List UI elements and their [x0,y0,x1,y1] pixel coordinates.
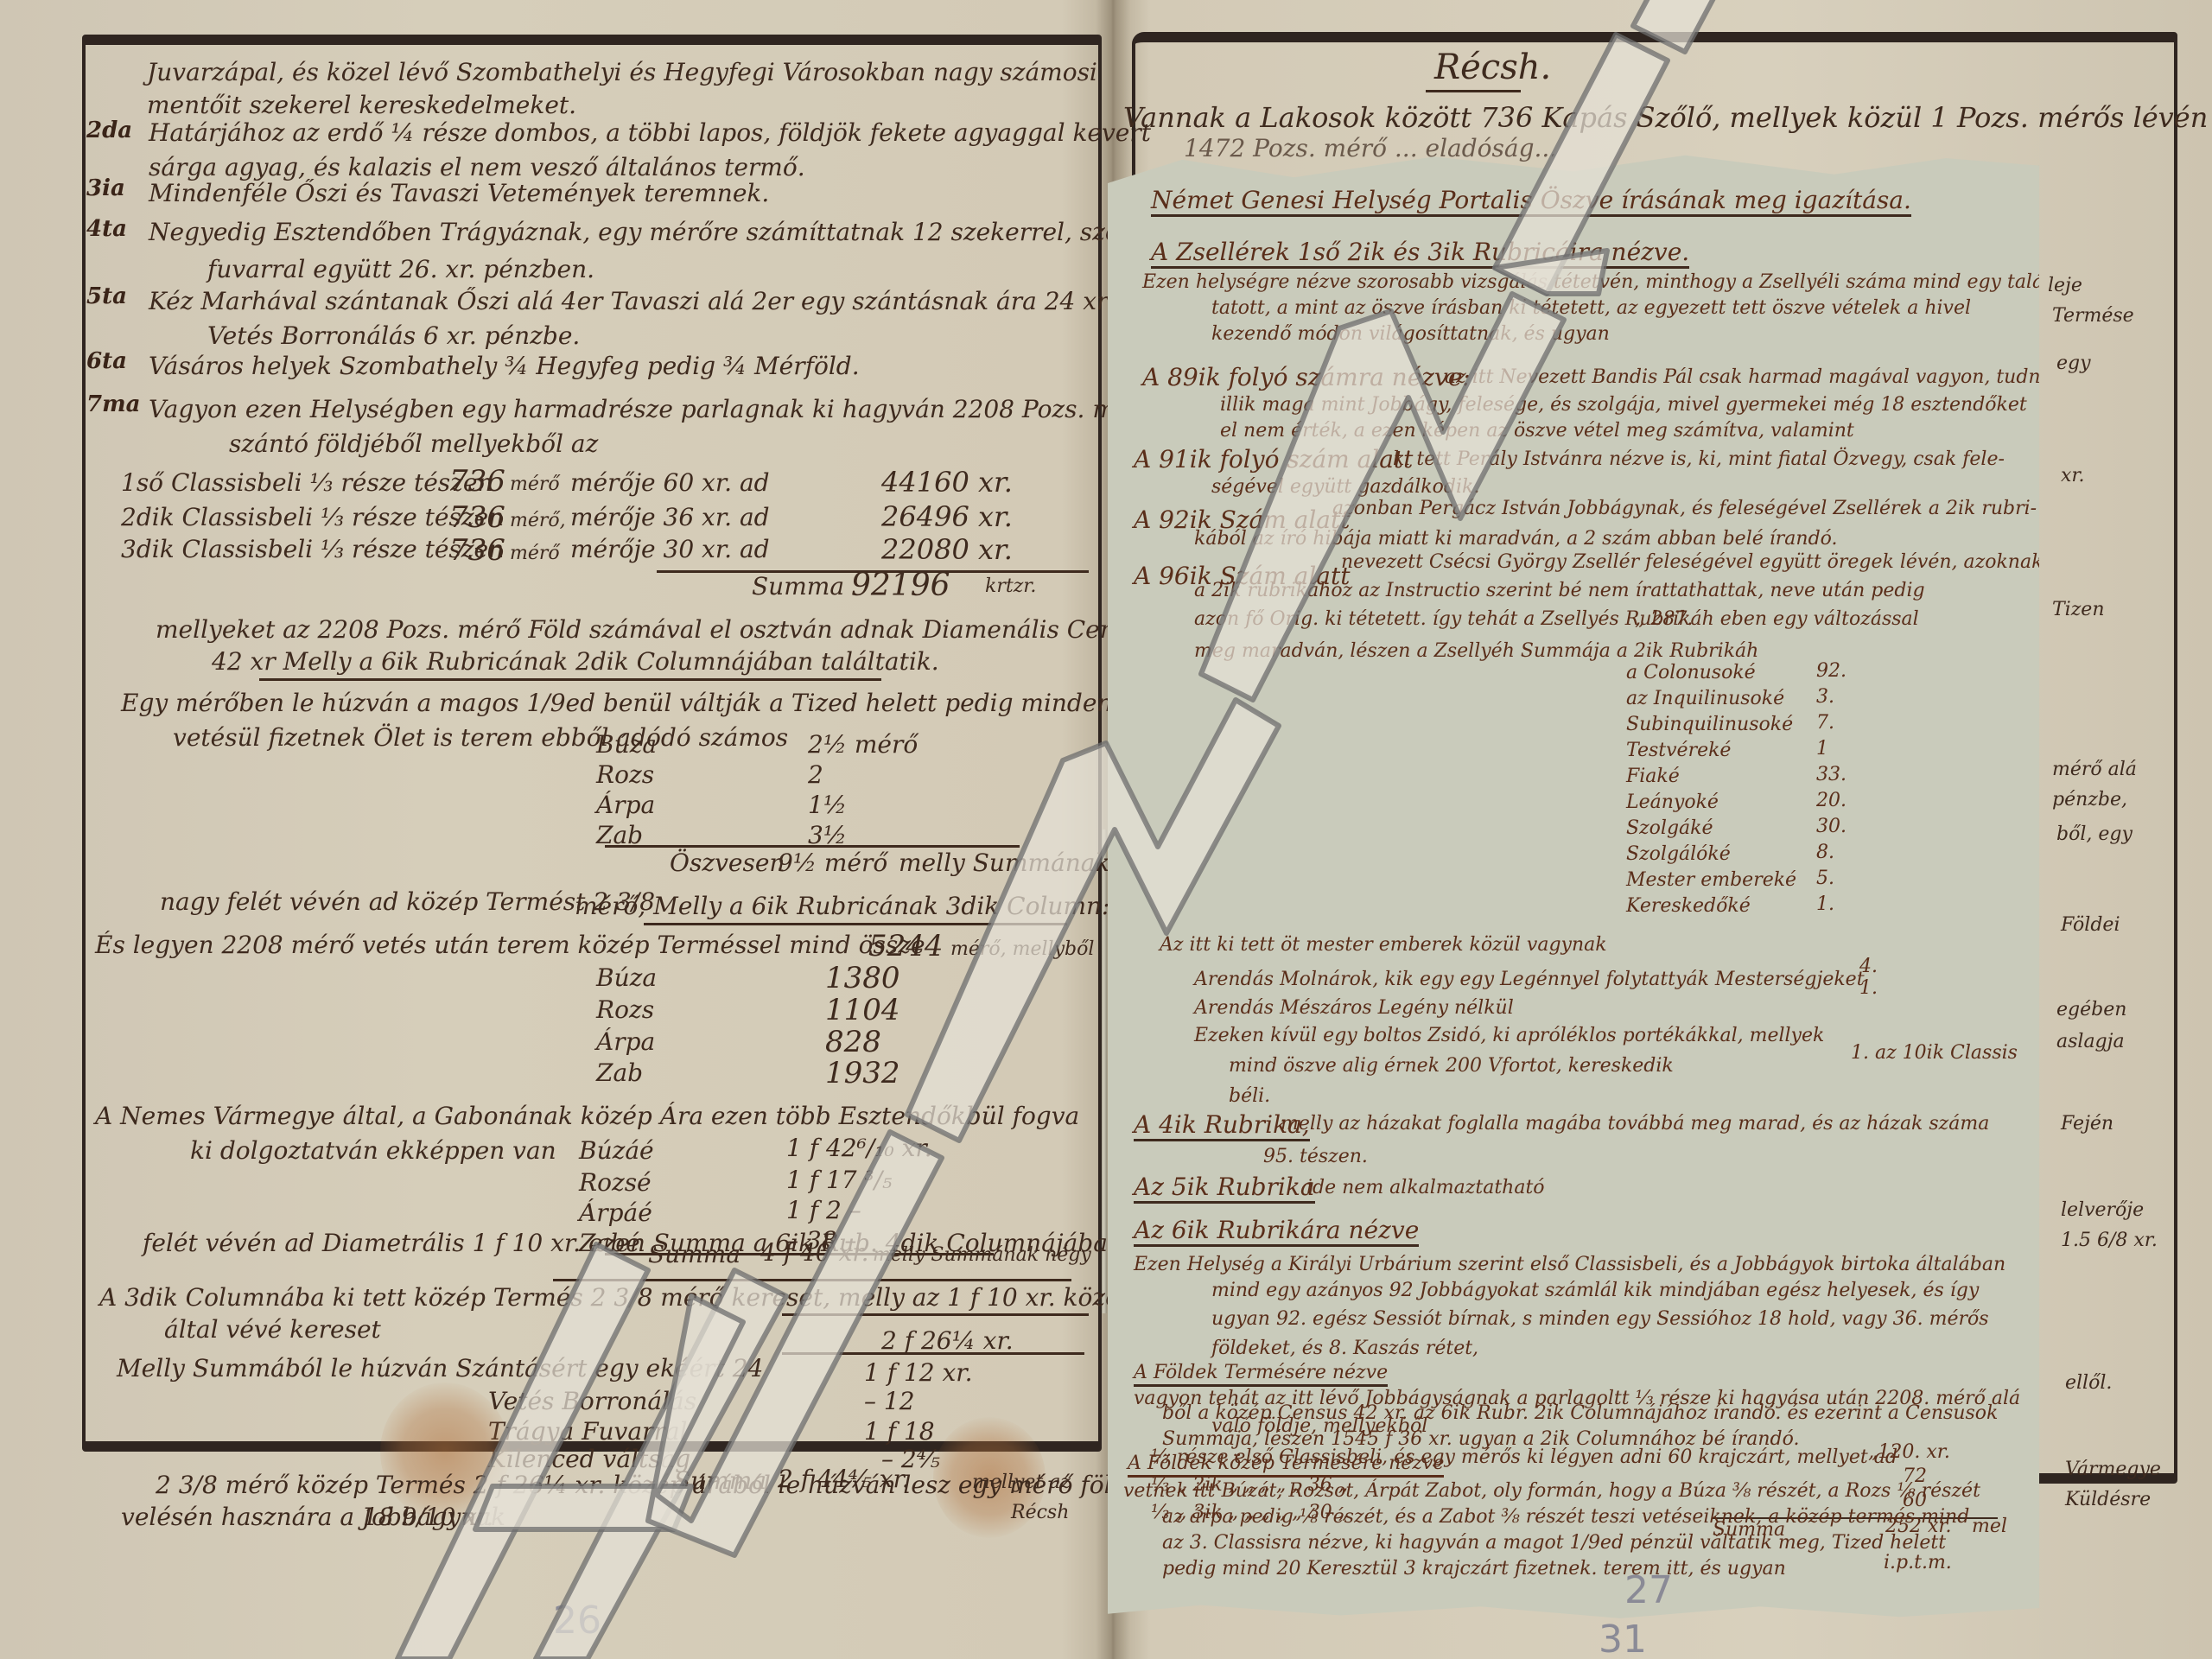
middle-text: az árpa pedig ⅛ részét, és a Zabot ⅜ rés… [1162,1508,1969,1527]
margin-fragment: aslagja [2056,1033,2125,1052]
entry-value: „ 287. [1635,610,1693,629]
census-text: ből a közép Census 42 xr. az 6ik Rubr. 2… [1162,1404,1998,1423]
rubric-name: Testvéreké [1626,741,1731,760]
section-text: tatott, a mint az öszve írásban ki tétet… [1211,299,1971,318]
section-heading: A Zsellérek 1ső 2ik és 3ik Rubricáira né… [1151,240,1689,269]
margin-fragment: Fején [2061,1115,2113,1134]
margin-fragment: mérő alá [2052,760,2137,779]
rubric-name: Fiaké [1626,767,1680,786]
margin-fragment: ből, egy [2056,825,2133,844]
stain [380,1382,510,1521]
rubric-name: a Colonusoké [1626,664,1756,683]
rubric-name: Kereskedőké [1626,897,1751,916]
rubric5-text: ide nem alkalmaztatható [1306,1179,1545,1198]
signature: Récsh [1011,1503,1069,1522]
rubric-value: 8. [1816,843,1834,862]
rubric-value: 1. [1816,895,1834,914]
rubric6-text: földeket, és 8. Kaszás rétet, [1211,1339,1478,1358]
margin-fragment: egy [2056,354,2091,373]
rubric6-heading: Az 6ik Rubrikára nézve [1134,1218,1419,1247]
craftsmen-text: Arendás Mészáros Legény nélkül [1194,999,1514,1018]
rubric-name: Subinquilinusoké [1626,715,1793,734]
margin-fragment: ellől. [2065,1374,2112,1393]
margin-fragment: Vármegye [2065,1460,2161,1479]
entry-line: ségével együtt gazdálkodik. [1211,478,1479,497]
census-text: Summája, lészen 1545 f 36 xr. ugyan a 2i… [1162,1430,1799,1449]
margin-fragment: Termése [2052,307,2134,326]
land-heading: A Földek Termésére nézve [1134,1363,1388,1387]
section-text: kezendő módon világosíttatnak, és ugyan [1211,325,1610,344]
craftsmen-intro: Az itt ki tett öt mester emberek közül v… [1160,936,1607,955]
right-intro: Vannak a Lakosok között 736 Kapás Szőlő,… [1123,104,2208,131]
rubric-name: Szolgáké [1626,819,1713,838]
final-value: 18 9/10 xr. [363,1505,493,1529]
footer-sign: i.p.t.m. [1884,1554,1952,1573]
margin-fragment: Küldésre [2065,1491,2151,1510]
entry-line: azonban Pergácz István Jobbágynak, és fe… [1332,499,2037,518]
margin-fragment: egében [2056,1001,2126,1020]
rubric-value: 7. [1816,714,1834,733]
land-sum-note: mel [1972,1517,2007,1536]
left-page-lower: Summa 2 f 44⅘ xr. mellyet az 2 3/8 mérő … [0,0,1115,1659]
page-number-left: 26 [553,1599,601,1643]
margin-fragment: leje [2048,276,2082,296]
insert-title: Német Genesi Helység Portalis Öszve írás… [1151,188,1911,217]
craftsmen-value: 4. [1859,957,1878,976]
rubric-value: 33. [1816,766,1847,785]
middle-text: vetnek itt Búzát, Rozsot, Árpát Zabot, o… [1123,1482,1980,1501]
rubric-name: Mester embereké [1626,871,1796,890]
section-text: Ezen helységre nézve szorosabb vizsgálás… [1142,273,2050,292]
craftsmen-value: 1. az 10ik Classis [1851,1044,2018,1063]
craftsmen-text: Arendás Molnárok, kik egy egy Legénnyel … [1194,970,1865,989]
middle-text: az 3. Classisra nézve, ki hagyván a mago… [1162,1534,1946,1553]
right-page-title: Récsh. [1434,50,1551,85]
middle-text: pedig mind 20 Keresztül 3 krajczárt fize… [1162,1560,1786,1579]
entry-line: illik maga mint Jobbágy, felesége, és sz… [1220,396,2027,415]
middle-heading: A Földek közép Termésére nézve [1128,1454,1444,1478]
margin-fragment: 1.5 6/8 xr. [2061,1231,2158,1250]
margin-fragment: Tizen [2052,601,2105,620]
rubric5-label: Az 5ik Rubrika [1134,1175,1315,1204]
craftsmen-text: béli. [1229,1087,1270,1106]
rubric-value: 30. [1816,817,1847,836]
entry-line: meg maradván, lészen a Zsellyéh Summája … [1194,642,1758,661]
margin-fragment: Földei [2061,916,2120,935]
rubric6-text: mind egy azányos 92 Jobbágyokat számlál … [1211,1281,1979,1300]
rubric4-text: 95. tészen. [1263,1147,1368,1166]
entry-line: nevezett Csécsi György Zsellér feleségév… [1341,553,2043,572]
rubric-value: 5. [1816,869,1834,888]
rubric-name: Leányoké [1626,793,1719,812]
margin-fragment: pénzbe, [2052,791,2127,810]
rubric-name: Szolgálóké [1626,845,1731,864]
rubric6-text: ugyan 92. egész Sessiót bírnak, s minden… [1211,1310,1989,1329]
entry-label: A 89ik folyó számra nézve: [1142,365,1471,390]
entry-line: ki tett Perály Istvánra nézve is, ki, mi… [1393,450,2005,469]
entry-line: az itt Nevezett Bandis Pál csak harmad m… [1445,368,2053,387]
margin-fragment: xr. [2061,467,2085,486]
right-intro: 1472 Pozs. mérő ... eladóság... [1184,137,1557,161]
folio-number: 31 [1599,1618,1647,1659]
margin-fragment: lelverője [2061,1201,2144,1220]
craftsmen-value: 1. [1859,979,1878,998]
rubric-value: 20. [1816,791,1847,810]
craftsmen-text: Ezeken kívül egy boltos Zsidó, ki aprólé… [1194,1027,1824,1046]
rubric-value: 92. [1816,662,1847,681]
entry-line: kából az író hibája miatt ki maradván, a… [1194,530,1838,549]
rubric-value: 1 [1816,740,1828,759]
rubric4-text: melly az házakat foglalla magába továbbá… [1281,1115,1989,1134]
page-number-insert: 27 [1624,1568,1673,1612]
land-row-value: „120. xr. [1868,1443,1950,1462]
craftsmen-text: mind öszve alig érnek 200 Vfortot, keres… [1229,1057,1674,1076]
entry-line: el nem érték, a ezen képen az öszve véte… [1220,422,1854,441]
rubric-name: az Inquilinusoké [1626,690,1784,709]
rubric6-text: Ezen Helység a Királyi Urbárium szerint … [1134,1255,2005,1274]
rubric-value: 3. [1816,688,1834,707]
entry-label: A 91ik folyó szám alatt [1134,448,1413,472]
entry-line: a 2ik rubrikához az Instructio szerint b… [1194,582,1925,601]
title-underline [1426,90,1521,92]
entry-line: azon fő Orig. ki tétetett. így tehát a Z… [1194,610,1919,629]
final-note: 2 3/8 mérő közép Termés 2 f 26¼ xr. közé… [156,1473,1173,1497]
